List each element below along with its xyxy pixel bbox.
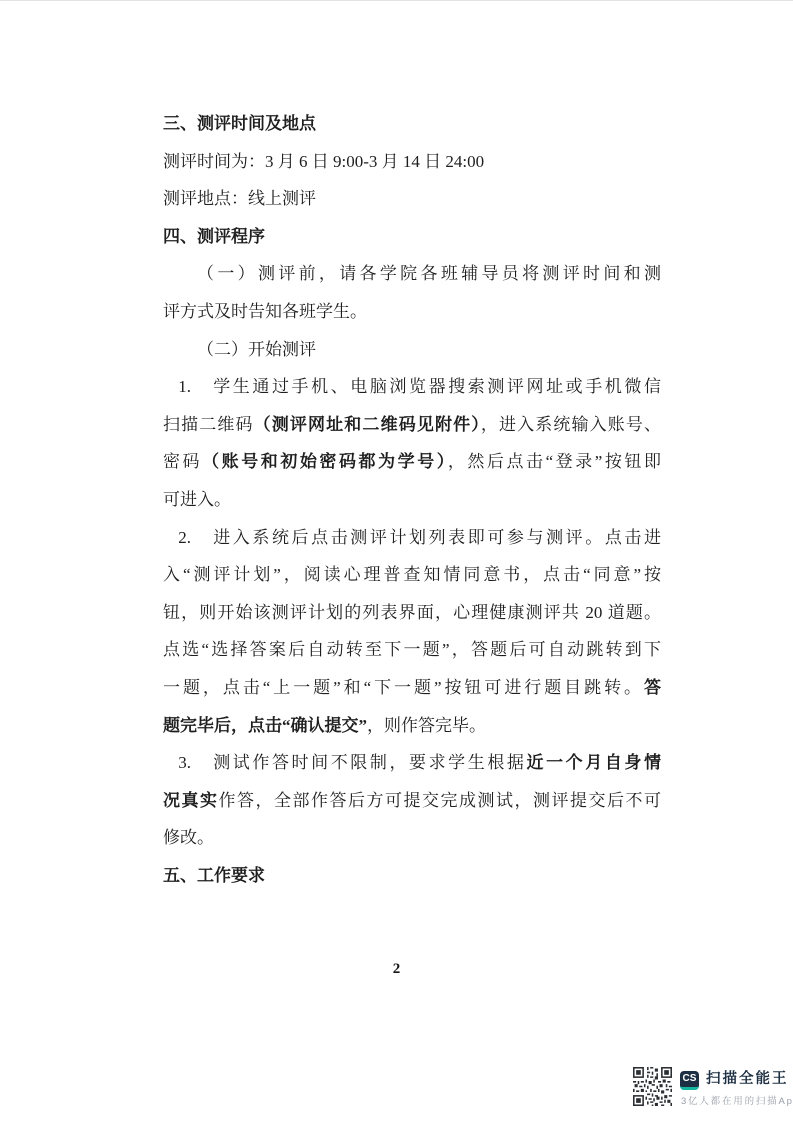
document-body: 三、测评时间及地点测评时间为：3 月 6 日 9:00-3 月 14 日 24:… — [163, 105, 661, 894]
text-segment: ，则作答完毕。 — [367, 716, 486, 735]
text-segment: ，进入系统输入账号、 — [481, 415, 661, 434]
text-segment: 密码 — [163, 452, 202, 471]
text-segment: 一题，点击“上一题”和“下一题”按钮可进行题目跳转。 — [163, 678, 644, 697]
text-line: （二）开始测评 — [163, 331, 661, 369]
text-line: 测评时间为：3 月 6 日 9:00-3 月 14 日 24:00 — [163, 143, 661, 181]
text-segment: 修改。 — [163, 828, 214, 847]
bold-text-segment: （测评网址和二维码见附件） — [254, 415, 481, 434]
text-segment: 扫描二维码 — [163, 415, 254, 434]
bold-text-segment: 题完毕后，点击“确认提交” — [163, 716, 367, 735]
text-segment: 3. 测试作答时间不限制，要求学生根据 — [178, 753, 526, 772]
text-segment: 1. 学生通过手机、电脑浏览器搜索测评网址或手机微信 — [178, 377, 661, 396]
text-line: 测评地点：线上测评 — [163, 180, 661, 218]
text-segment: 测评地点：线上测评 — [163, 189, 316, 208]
text-line: 2. 进入系统后点击测评计划列表即可参与测评。点击进 — [163, 519, 661, 557]
text-segment: ，然后点击“登录”按钮即 — [448, 452, 661, 471]
text-line: 可进入。 — [163, 481, 661, 519]
text-line: 点选“选择答案后自动转至下一题”，答题后可自动跳转到下 — [163, 631, 661, 669]
qr-code-icon — [633, 1067, 672, 1106]
text-line: 入“测评计划”，阅读心理普查知情同意书，点击“同意”按 — [163, 556, 661, 594]
bold-text-segment: 五、工作要求 — [163, 866, 265, 885]
section-heading-4: 四、测评程序 — [163, 218, 661, 256]
text-segment: 点选“选择答案后自动转至下一题”，答题后可自动跳转到下 — [163, 640, 661, 659]
text-line: 密码（账号和初始密码都为学号），然后点击“登录”按钮即 — [163, 443, 661, 481]
text-line: 修改。 — [163, 819, 661, 857]
text-line: 题完毕后，点击“确认提交”，则作答完毕。 — [163, 707, 661, 745]
text-line: 评方式及时告知各班学生。 — [163, 293, 661, 331]
text-segment: 评方式及时告知各班学生。 — [163, 302, 367, 321]
text-segment: 钮，则开始该测评计划的列表界面，心理健康测评共 20 道题。 — [163, 603, 661, 622]
document-page: { "content": { "lines": [ {"id":"section… — [0, 0, 793, 1122]
page-number: 2 — [0, 961, 793, 978]
text-segment: 2. 进入系统后点击测评计划列表即可参与测评。点击进 — [178, 528, 661, 547]
camscanner-watermark: CS 扫描全能王 3亿人都在用的扫描App — [633, 1066, 788, 1110]
text-line: （一）测评前，请各学院各班辅导员将测评时间和测 — [163, 255, 661, 293]
scan-edge-line — [0, 0, 793, 1]
text-segment: 作答，全部作答后方可提交完成测试，测评提交后不可 — [219, 791, 662, 810]
bold-text-segment: （账号和初始密码都为学号） — [202, 452, 448, 471]
text-line: 3. 测试作答时间不限制，要求学生根据近一个月自身情 — [163, 744, 661, 782]
section-heading-3: 三、测评时间及地点 — [163, 105, 661, 143]
text-line: 1. 学生通过手机、电脑浏览器搜索测评网址或手机微信 — [163, 368, 661, 406]
bold-text-segment: 答 — [644, 678, 661, 697]
text-line: 钮，则开始该测评计划的列表界面，心理健康测评共 20 道题。 — [163, 594, 661, 632]
text-segment: （一）测评前，请各学院各班辅导员将测评时间和测 — [197, 264, 661, 283]
text-line: 一题，点击“上一题”和“下一题”按钮可进行题目跳转。答 — [163, 669, 661, 707]
bold-text-segment: 三、测评时间及地点 — [163, 114, 316, 133]
camscanner-tagline: 3亿人都在用的扫描App — [681, 1096, 793, 1107]
bold-text-segment: 况真实 — [163, 791, 219, 810]
text-line: 况真实作答，全部作答后方可提交完成测试，测评提交后不可 — [163, 782, 661, 820]
camscanner-logo-icon: CS — [680, 1071, 699, 1090]
text-segment: 测评时间为：3 月 6 日 9:00-3 月 14 日 24:00 — [163, 152, 484, 171]
bold-text-segment: 四、测评程序 — [163, 227, 265, 246]
camscanner-app-name: 扫描全能王 — [706, 1071, 789, 1088]
section-heading-5: 五、工作要求 — [163, 857, 661, 895]
text-segment: 可进入。 — [163, 490, 231, 509]
camscanner-logo-text: CS — [683, 1073, 697, 1084]
bold-text-segment: 近一个月自身情 — [527, 753, 661, 772]
text-segment: 入“测评计划”，阅读心理普查知情同意书，点击“同意”按 — [163, 565, 661, 584]
text-segment: （二）开始测评 — [197, 340, 316, 359]
text-line: 扫描二维码（测评网址和二维码见附件），进入系统输入账号、 — [163, 406, 661, 444]
